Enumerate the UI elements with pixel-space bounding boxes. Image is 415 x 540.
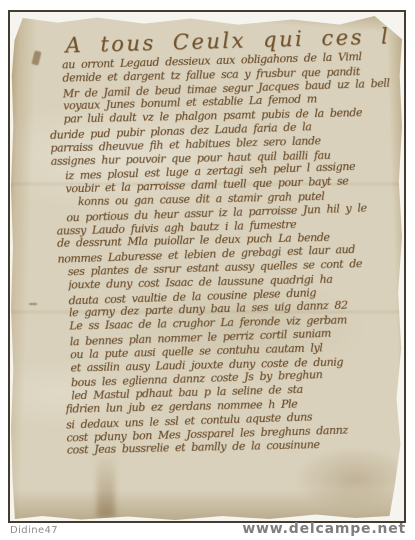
site-watermark: www.delcampe.net xyxy=(242,521,406,537)
margin-ink-mark xyxy=(29,303,37,305)
margin-ink-mark xyxy=(31,50,41,65)
parchment-paper: A tous Ceulx qui ces lres verront au orr… xyxy=(11,15,402,520)
handwritten-text: A tous Ceulx qui ces lres verront au orr… xyxy=(47,23,403,459)
seller-watermark: Didine47 xyxy=(10,525,58,536)
paper-stain xyxy=(97,454,115,518)
document-photo: A tous Ceulx qui ces lres verront au orr… xyxy=(8,10,406,523)
